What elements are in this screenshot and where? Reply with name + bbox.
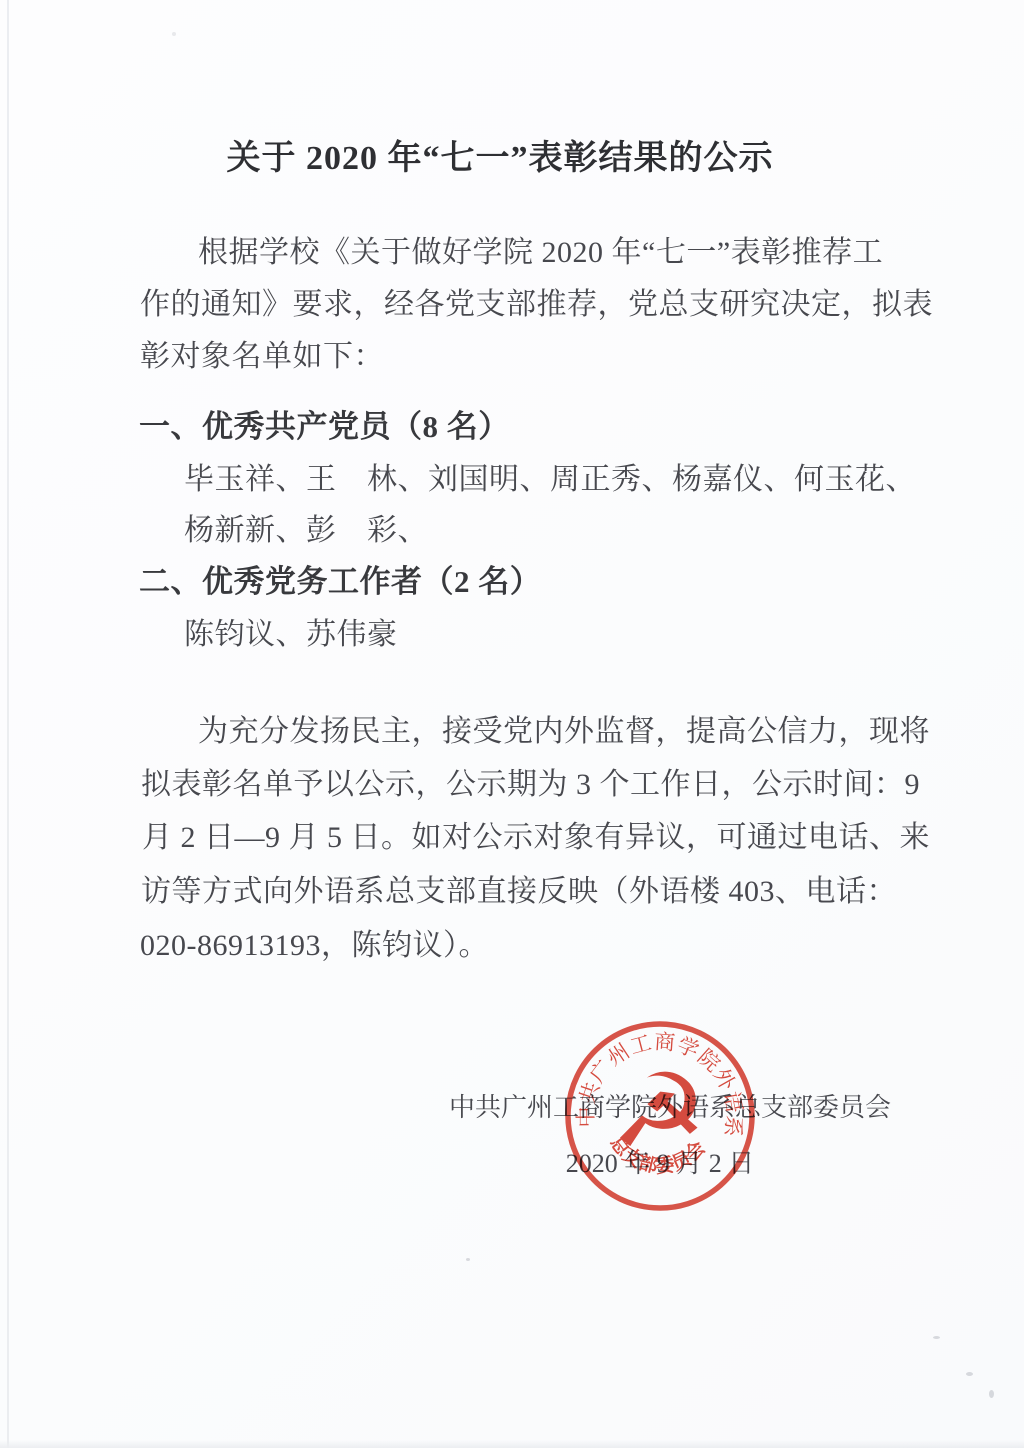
section1-heading: 一、优秀共产党员（8 名） [139, 410, 510, 444]
paragraph1-line-2: 作的通知》要求，经各党支部推荐，党总支研究决定，拟表 [140, 288, 933, 322]
section2-heading: 二、优秀党务工作者（2 名） [139, 565, 541, 599]
paragraph2-line-3: 月 2 日—9 月 5 日。如对公示对象有异议，可通过电话、来 [142, 821, 930, 855]
section1-names-line-1: 毕玉祥、王 林、刘国明、周正秀、杨嘉仪、何玉花、 [184, 463, 916, 497]
paragraph2-line-4: 访等方式向外语系总支部直接反映（外语楼 403、电话： [141, 875, 897, 909]
paragraph2-line-1: 为充分发扬民主，接受党内外监督，提高公信力，现将 [198, 715, 930, 749]
official-seal-stamp: 中共广州工商学院外语系 总支部委员会 ☭ [553, 1009, 766, 1222]
scan-edge-bottom [0, 1440, 1024, 1448]
scan-speck [933, 1336, 940, 1339]
scan-edge-left [7, 0, 9, 1448]
paragraph1-line-1: 根据学校《关于做好学院 2020 年“七一”表彰推荐工 [198, 236, 883, 270]
document-page: 关于 2020 年“七一”表彰结果的公示 根据学校《关于做好学院 2020 年“… [0, 0, 1024, 1448]
section1-names-line-2: 杨新新、彭 彩、 [184, 514, 428, 548]
section2-names-line-1: 陈钧议、苏伟豪 [184, 618, 398, 652]
paragraph1-line-3: 彰对象名单如下： [140, 340, 384, 374]
hammer-and-sickle-icon: ☭ [609, 1048, 711, 1176]
paragraph2-line-2: 拟表彰名单予以公示，公示期为 3 个工作日，公示时间：9 [141, 768, 920, 802]
scan-speck [966, 1372, 973, 1376]
paragraph2-line-5: 020-86913193，陈钧议）。 [140, 929, 489, 963]
scan-speck [172, 32, 176, 36]
page-title: 关于 2020 年“七一”表彰结果的公示 [0, 130, 1000, 179]
scan-speck [989, 1390, 994, 1398]
scan-speck [466, 1258, 470, 1261]
